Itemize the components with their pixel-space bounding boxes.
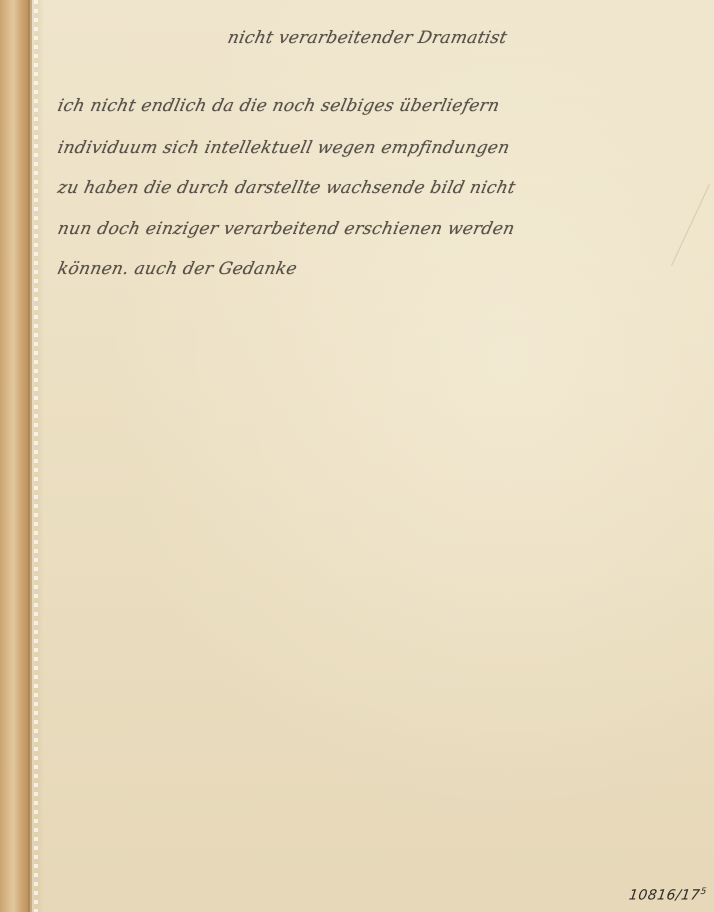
- binding-strip: [0, 0, 30, 912]
- perforation-stitch-line: [34, 0, 38, 912]
- manuscript-line-4: nun doch einziger verarbeitend erschiene…: [56, 219, 517, 239]
- manuscript-page: [32, 0, 714, 912]
- manuscript-line-5: können. auch der Gedanke: [56, 259, 299, 279]
- archive-number: 10816/175: [628, 887, 708, 904]
- archive-number-superscript: 5: [700, 887, 708, 897]
- archive-number-main: 10816/17: [628, 888, 701, 904]
- manuscript-line-3: zu haben die durch darstellte wachsende …: [56, 178, 517, 198]
- manuscript-line-1: ich nicht endlich da die noch selbiges ü…: [56, 96, 502, 116]
- manuscript-line-2: individuum sich intellektuell wegen empf…: [56, 138, 512, 158]
- manuscript-heading: nicht verarbeitender Dramatist: [226, 28, 509, 48]
